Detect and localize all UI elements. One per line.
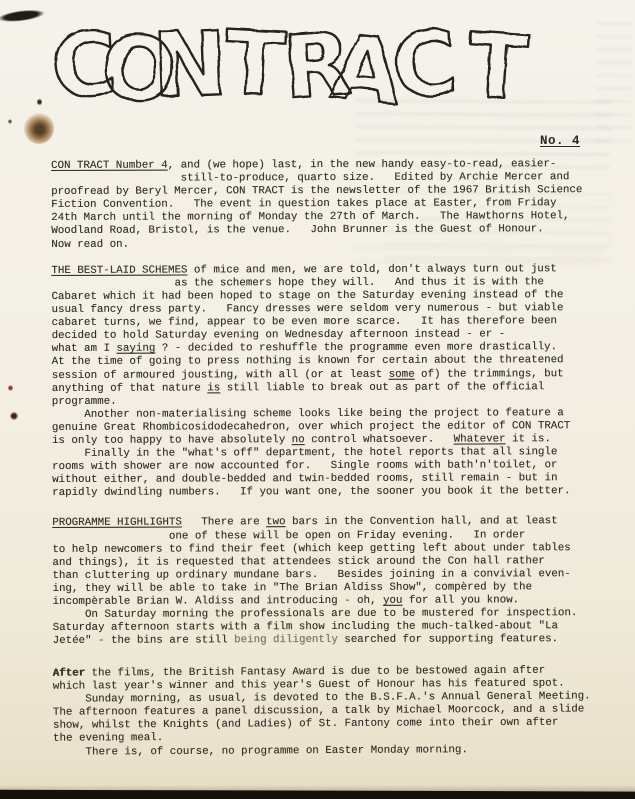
text-line: Jetée" - the bins are still being dilige… [53,633,613,648]
scanned-page: C O N T R A C T No. 4 CON TRACT Number 4… [0,0,635,799]
text-line: PROGRAMME HIGHLIGHTS There are two bars … [52,515,612,530]
text-line: rapidly dwindling numbers. If you want o… [52,485,612,500]
title-letter: T [464,13,531,120]
paragraph-2: THE BEST-LAID SCHEMES of mice and men, w… [51,263,612,501]
title-letter: C [390,11,460,117]
typed-body: CON TRACT Number 4, and (we hope) last, … [51,158,613,759]
ink-speck [8,385,13,391]
ink-speck [37,98,42,106]
text-line: anything of that nature is still liable … [52,381,612,396]
ink-speck [8,119,12,124]
text-line: There is, of course, no programme on Eas… [53,743,613,760]
text-line: Woodland Road, Bristol, is the venue. Jo… [51,223,611,238]
title-letter: T [222,11,287,117]
text-line: cabaret turns, we find, appear to be eve… [52,315,612,330]
title-letter: N [151,12,228,118]
paragraph-4: After the films, the British Fantasy Awa… [53,665,614,760]
ink-speck [10,412,18,420]
issue-number: No. 4 [540,134,580,148]
text-line: Now read on. [51,237,611,252]
paragraph-1: CON TRACT Number 4, and (we hope) last, … [51,158,611,252]
text-line: ing, they will be able to take in "The B… [52,581,612,596]
paragraph-3: PROGRAMME HIGHLIGHTS There are two bars … [52,515,612,648]
brown-stain [24,112,54,144]
